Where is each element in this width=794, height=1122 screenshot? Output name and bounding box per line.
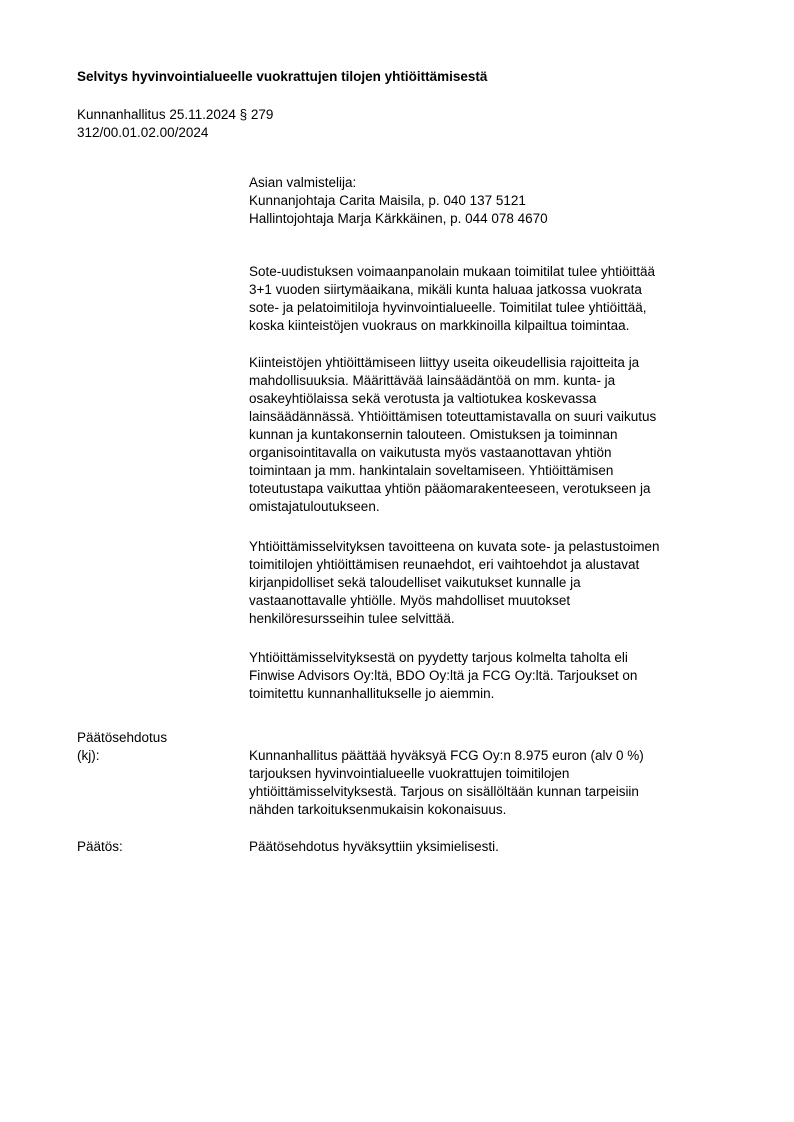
- text-line: sote- ja pelatoimitiloja hyvinvointialue…: [249, 299, 655, 317]
- preparers-block: Asian valmistelija: Kunnanjohtaja Carita…: [249, 174, 548, 228]
- paragraph-2: Kiinteistöjen yhtiöittämiseen liittyy us…: [249, 354, 656, 516]
- text-line: toteutustapa vaikuttaa yhtiön pääomarake…: [249, 480, 656, 498]
- decision-label: Päätös:: [77, 838, 123, 856]
- text-line: kirjanpidolliset sekä taloudelliset vaik…: [249, 574, 659, 592]
- text-line: yhtiöittämisselvityksestä. Tarjous on si…: [249, 783, 644, 801]
- text-line: koska kiinteistöjen vuokraus on markkino…: [249, 317, 655, 335]
- proposal-text: Kunnanhallitus päättää hyväksyä FCG Oy:n…: [249, 747, 644, 819]
- text-line: toimintaan ja mm. hankintalain soveltami…: [249, 462, 656, 480]
- decision-text: Päätösehdotus hyväksyttiin yksimielisest…: [249, 838, 499, 856]
- preparer-line: Hallintojohtaja Marja Kärkkäinen, p. 044…: [249, 210, 548, 228]
- text-line: henkilöresursseihin tulee selvittää.: [249, 610, 659, 628]
- paragraph-3: Yhtiöittämisselvityksen tavoitteena on k…: [249, 538, 659, 628]
- text-line: mahdollisuuksia. Määrittävää lainsäädänt…: [249, 372, 656, 390]
- meeting-reference: Kunnanhallitus 25.11.2024 § 279: [77, 106, 273, 124]
- text-line: vastaanottavalle yhtiölle. Myös mahdolli…: [249, 592, 659, 610]
- text-line: osakeyhtiölaissa sekä verotusta ja valti…: [249, 390, 656, 408]
- proposal-label-line: (kj):: [77, 747, 167, 765]
- text-line: Yhtiöittämisselvityksestä on pyydetty ta…: [249, 649, 637, 667]
- text-line: lainsäädännässä. Yhtiöittämisen toteutta…: [249, 408, 656, 426]
- text-line: toimitettu kunnanhallitukselle jo aiemmi…: [249, 685, 637, 703]
- text-line: 3+1 vuoden siirtymäaikana, mikäli kunta …: [249, 281, 655, 299]
- text-line: Kunnanhallitus päättää hyväksyä FCG Oy:n…: [249, 747, 644, 765]
- preparers-heading: Asian valmistelija:: [249, 174, 548, 192]
- paragraph-4: Yhtiöittämisselvityksestä on pyydetty ta…: [249, 649, 637, 703]
- text-line: Sote-uudistuksen voimaanpanolain mukaan …: [249, 263, 655, 281]
- record-id: 312/00.01.02.00/2024: [77, 124, 273, 142]
- proposal-label: Päätösehdotus (kj):: [77, 729, 167, 765]
- text-line: toimitilojen yhtiöittämisen reunaehdot, …: [249, 556, 659, 574]
- text-line: organisointitavalla on vaikutusta myös v…: [249, 444, 656, 462]
- text-line: nähden tarkoituksenmukaisin kokonaisuus.: [249, 801, 644, 819]
- proposal-label-line: Päätösehdotus: [77, 729, 167, 747]
- preparer-line: Kunnanjohtaja Carita Maisila, p. 040 137…: [249, 192, 548, 210]
- meeting-meta: Kunnanhallitus 25.11.2024 § 279 312/00.0…: [77, 106, 273, 142]
- text-line: Kiinteistöjen yhtiöittämiseen liittyy us…: [249, 354, 656, 372]
- document-title: Selvitys hyvinvointialueelle vuokrattuje…: [77, 69, 487, 84]
- text-line: tarjouksen hyvinvointialueelle vuokrattu…: [249, 765, 644, 783]
- text-line: omistajatuloutukseen.: [249, 498, 656, 516]
- paragraph-1: Sote-uudistuksen voimaanpanolain mukaan …: [249, 263, 655, 335]
- text-line: Finwise Advisors Oy:ltä, BDO Oy:ltä ja F…: [249, 667, 637, 685]
- text-line: kunnan ja kuntakonsernin talouteen. Omis…: [249, 426, 656, 444]
- text-line: Yhtiöittämisselvityksen tavoitteena on k…: [249, 538, 659, 556]
